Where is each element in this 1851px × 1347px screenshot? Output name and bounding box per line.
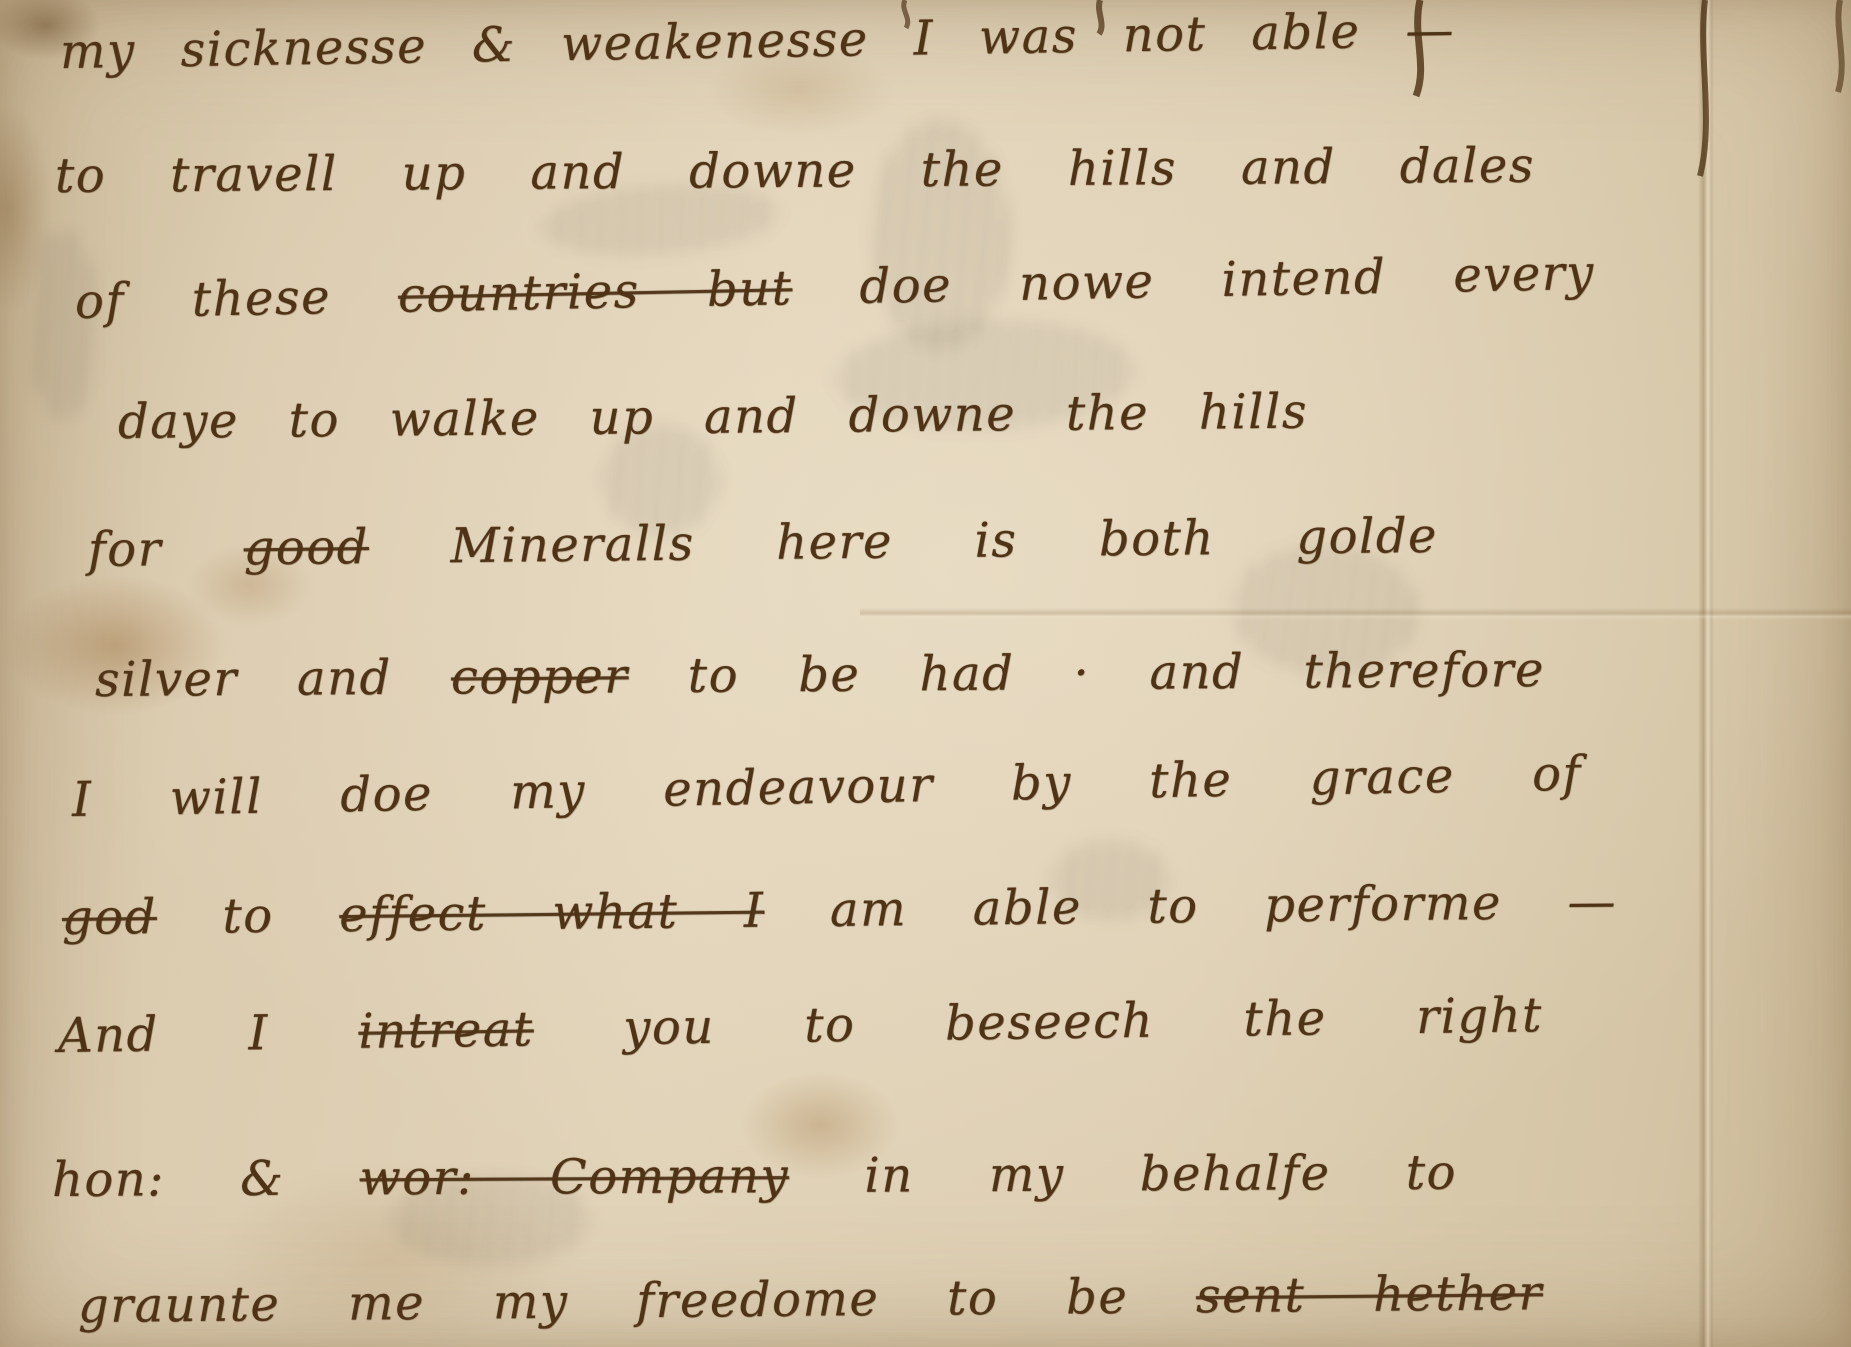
manuscript-page: my sicknesse & weakenesse I was not able…: [0, 0, 1851, 1347]
word-segment: to travell up and downe the hills and da…: [55, 138, 1535, 204]
struck-word: good: [243, 519, 369, 576]
word-segment: am able to performe —: [764, 874, 1617, 939]
manuscript-line: hon: & wor: Company in my behalfe to: [52, 1143, 1457, 1210]
word-segment: of these: [74, 268, 398, 330]
manuscript-line: my sicknesse & weakenesse I was not able…: [60, 0, 1456, 82]
struck-word: sent hether: [1196, 1265, 1543, 1324]
word-segment: you to beseech the right: [533, 987, 1543, 1057]
word-segment: hon: &: [52, 1150, 360, 1208]
word-segment: Mineralls here is both golde: [369, 508, 1439, 575]
manuscript-text: my sicknesse & weakenesse I was not able…: [0, 0, 1851, 1347]
manuscript-line: graunte me my freedome to be sent hether: [78, 1263, 1543, 1336]
struck-word: intreat: [358, 1001, 534, 1059]
struck-word: wor: Company: [360, 1148, 790, 1206]
manuscript-line: silver and copper to be had · and theref…: [95, 640, 1545, 710]
manuscript-line: And I intreat you to beseech the right: [58, 985, 1544, 1066]
manuscript-line: god to effect what I am able to performe…: [62, 872, 1618, 948]
word-segment: for: [88, 520, 244, 578]
word-segment: silver and: [95, 650, 451, 708]
word-segment: graunte me my freedome to be: [78, 1268, 1197, 1334]
manuscript-line: for good Mineralls here is both golde: [88, 506, 1439, 580]
word-segment: in my behalfe to: [789, 1145, 1457, 1204]
word-segment: doe nowe intend every: [792, 245, 1595, 316]
struck-word: copper: [451, 648, 629, 705]
struck-word: countries but: [398, 260, 793, 324]
struck-word: effect what I: [339, 883, 765, 943]
word-segment: to be had · and therefore: [628, 642, 1545, 704]
word-segment: I will doe my endeavour by the grace of: [72, 746, 1583, 828]
manuscript-line: daye to walke up and downe the hills: [118, 382, 1308, 452]
word-segment: And I: [58, 1004, 359, 1064]
struck-word: god: [62, 889, 157, 946]
manuscript-line: to travell up and downe the hills and da…: [55, 136, 1535, 206]
word-segment: daye to walke up and downe the hills: [118, 384, 1308, 450]
word-segment: to: [157, 887, 340, 945]
manuscript-line: of these countries but doe nowe intend e…: [74, 243, 1595, 332]
word-segment: my sicknesse & weakenesse I was not able…: [60, 2, 1456, 80]
manuscript-line: I will doe my endeavour by the grace of: [71, 744, 1582, 830]
